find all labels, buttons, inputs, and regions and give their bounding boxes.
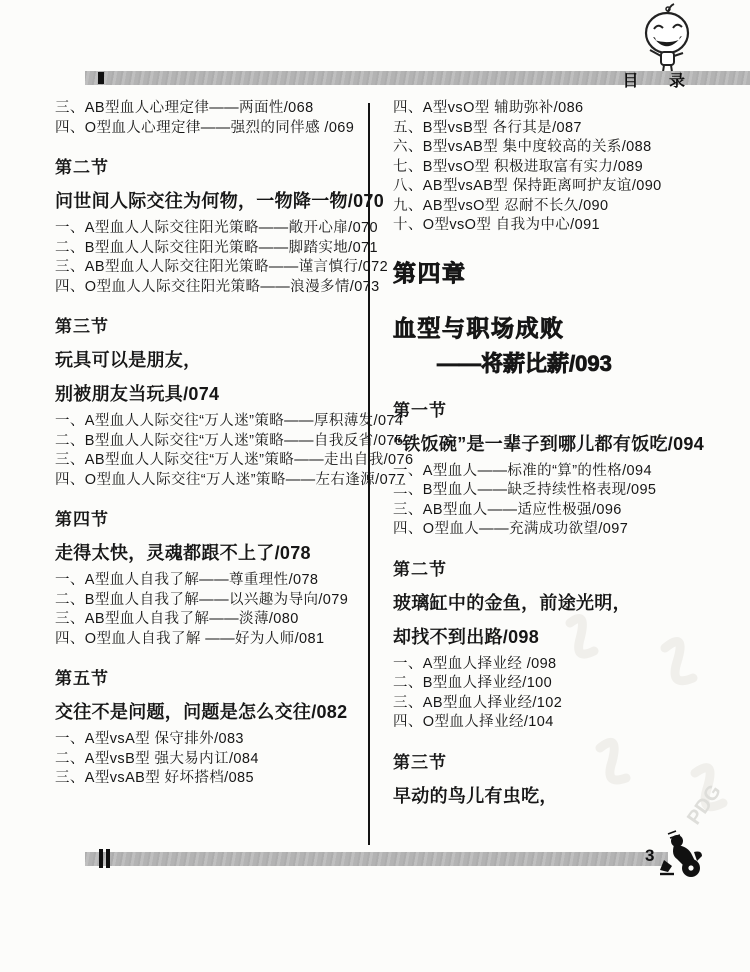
toc-entry: 二、B型血人人际交往阳光策略——脚踏实地/071 (55, 241, 371, 256)
footer-bar-marker-icon (99, 849, 113, 868)
toc-entry: 二、B型血人自我了解——以兴趣为导向/079 (55, 593, 371, 608)
column-divider-line (368, 103, 370, 845)
section-heading: 第三节 (393, 748, 728, 773)
section-title: “铁饭碗”是一辈子到哪儿都有饭吃/094 (393, 430, 728, 456)
toc-entry: 六、B型vsAB型 集中度较高的关系/088 (393, 140, 728, 155)
toc-header-label: 目 录 (623, 68, 698, 91)
section-title: 交往不是问题，问题是怎么交往/082 (55, 698, 371, 724)
toc-entry: 四、O型血人——充满成功欲望/097 (393, 522, 728, 537)
toc-entry: 四、O型血人择业经/104 (393, 715, 728, 730)
toc-entry: 一、A型血人人际交往“万人迷”策略——厚积薄发/074 (55, 414, 371, 429)
toc-entry: 一、A型血人——标准的“算”的性格/094 (393, 464, 728, 479)
toc-entry: 三、AB型血人——适应性极强/096 (393, 503, 728, 518)
section-heading: 第一节 (393, 396, 728, 421)
toc-entry: 四、O型血人心理定律——强烈的同伴感 /069 (55, 121, 371, 136)
chapter-title: 血型与职场成败 (393, 310, 728, 343)
toc-entry: 十、O型vsO型 自我为中心/091 (393, 218, 728, 233)
section-heading: 第二节 (55, 153, 371, 178)
toc-entry: 二、B型血人人际交往“万人迷”策略——自我反省/075 (55, 434, 371, 449)
section-heading: 第四节 (55, 505, 371, 530)
toc-entry: 五、B型vsB型 各行其是/087 (393, 121, 728, 136)
section-heading: 第五节 (55, 664, 371, 689)
chapter-title: 第四章 (393, 255, 728, 288)
toc-entry: 一、A型vsA型 保守排外/083 (55, 732, 371, 747)
toc-entry: 四、O型血人人际交往阳光策略——浪漫多情/073 (55, 280, 371, 295)
toc-entry: 三、AB型血人人际交往“万人迷”策略——走出自我/076 (55, 453, 371, 468)
toc-entry: 九、AB型vsO型 忍耐不长久/090 (393, 199, 728, 214)
toc-entry: 二、A型vsB型 强大易内讧/084 (55, 752, 371, 767)
toc-entry: 四、O型血人人际交往“万人迷”策略——左右逢源/077 (55, 473, 371, 488)
laughing-kid-cartoon-icon (625, 0, 711, 74)
scooter-rider-cartoon-icon (650, 830, 712, 880)
toc-entry: 四、O型血人自我了解 ——好为人师/081 (55, 632, 371, 647)
toc-entry: 二、B型血人择业经/100 (393, 676, 728, 691)
chapter-subtitle: ——将薪比薪/093 (393, 347, 728, 378)
footer-bar (85, 852, 668, 866)
section-title: 玻璃缸中的金鱼，前途光明， (393, 589, 728, 615)
section-heading: 第三节 (55, 312, 371, 337)
section-title: 早动的鸟儿有虫吃， (393, 782, 728, 808)
toc-entry: 八、AB型vsAB型 保持距离呵护友谊/090 (393, 179, 728, 194)
toc-entry: 一、A型血人择业经 /098 (393, 657, 728, 672)
toc-entry: 四、A型vsO型 辅助弥补/086 (393, 101, 728, 116)
toc-entry: 三、AB型血人择业经/102 (393, 696, 728, 711)
section-title: 走得太快，灵魂都跟不上了/078 (55, 539, 371, 565)
toc-page: 目 录 三、AB型血人心理定律——两面性/068四、O型血人心理定律——强烈的同… (0, 0, 750, 972)
toc-left-column: 三、AB型血人心理定律——两面性/068四、O型血人心理定律——强烈的同伴感 /… (55, 96, 371, 791)
section-heading: 第二节 (393, 555, 728, 580)
toc-entry: 三、AB型血人自我了解——淡薄/080 (55, 612, 371, 627)
toc-entry: 一、A型血人自我了解——尊重理性/078 (55, 573, 371, 588)
header-bar-marker-icon (98, 72, 104, 84)
header-bar: 目 录 (85, 71, 750, 85)
toc-entry: 一、A型血人人际交往阳光策略——敞开心扉/070 (55, 221, 371, 236)
toc-entry: 三、A型vsAB型 好坏搭档/085 (55, 771, 371, 786)
toc-right-column: 四、A型vsO型 辅助弥补/086五、B型vsB型 各行其是/087六、B型vs… (393, 96, 728, 816)
section-title: 玩具可以是朋友， (55, 346, 371, 372)
section-title: 问世间人际交往为何物，一物降一物/070 (55, 187, 371, 213)
toc-entry: 三、AB型血人心理定律——两面性/068 (55, 101, 371, 116)
toc-entry: 三、AB型血人人际交往阳光策略——谨言慎行/072 (55, 260, 371, 275)
section-title: 却找不到出路/098 (393, 623, 728, 649)
section-title: 别被朋友当玩具/074 (55, 380, 371, 406)
toc-entry: 二、B型血人——缺乏持续性格表现/095 (393, 483, 728, 498)
toc-entry: 七、B型vsO型 积极进取富有实力/089 (393, 160, 728, 175)
